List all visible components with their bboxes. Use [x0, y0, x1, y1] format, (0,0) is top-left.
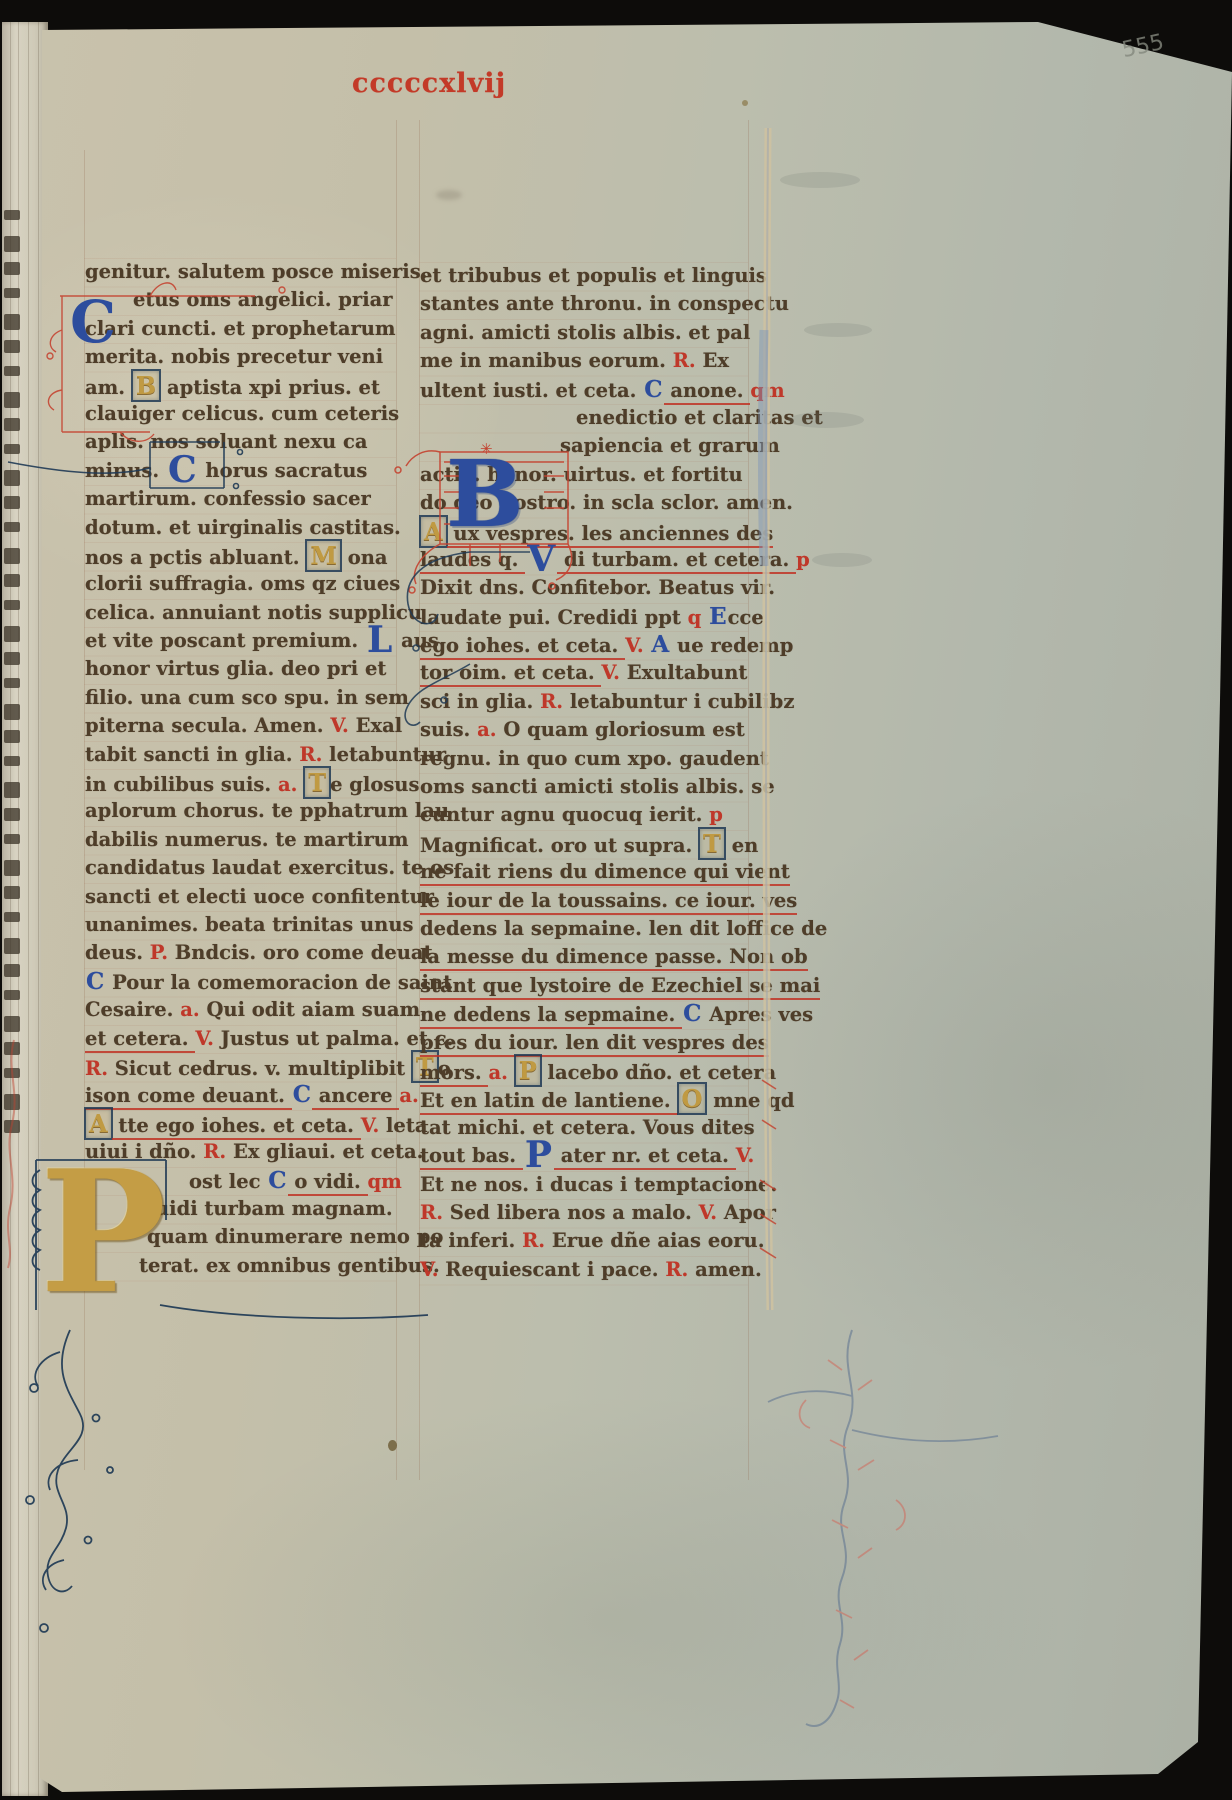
left-text-line: clari cuncti. et prophetarum [85, 315, 397, 343]
text-segment: mors. [420, 1061, 488, 1087]
text-segment: E [708, 603, 728, 630]
left-text-line: et vite poscant premium. L aus [85, 627, 397, 655]
text-segment: Sicut cedrus. v. multiplibit [108, 1057, 412, 1080]
text-segment: Dixit dns. Confitebor. Beatus vir. [420, 576, 775, 599]
page-edge-line [38, 22, 39, 1796]
text-segment: unanimes. beata trinitas unus [85, 913, 413, 936]
facing-page-text-smudge [4, 912, 20, 922]
text-segment: P. [150, 941, 168, 964]
left-text-line: deus. P. Bndcis. oro come deuat. [85, 939, 397, 967]
text-segment: qm [750, 379, 784, 402]
right-text-line: ego iohes. et ceta. V. A ue redemp [420, 631, 750, 659]
text-segment: Requiescant i pace. [439, 1258, 666, 1281]
text-segment: A [421, 517, 446, 546]
text-segment: C [168, 449, 197, 491]
facing-page-text-smudge [4, 314, 20, 330]
text-segment: Exultabunt [620, 661, 748, 684]
text-segment: am. [85, 376, 132, 399]
left-text-line: celica. annuiant notis supplicu [85, 599, 397, 627]
text-segment: V. [420, 1258, 439, 1281]
text-segment: dedens la sepmaine. len dit loffice de [420, 917, 827, 940]
left-text-line: dabilis numerus. te martirum [85, 826, 397, 854]
text-segment: tat michi. et cetera. Vous dites [420, 1116, 755, 1139]
right-text-line: pres du iour. len dit vespres des [420, 1029, 750, 1057]
text-segment: en [725, 834, 758, 857]
left-text-line: honor virtus glia. deo pri et [85, 655, 397, 683]
facing-page-text-smudge [4, 366, 20, 376]
text-segment: ona [341, 546, 388, 569]
text-segment: R. [420, 1201, 443, 1224]
text-segment: nos a pctis abluant. [85, 546, 306, 569]
text-segment: clorii suffragia. oms qz ciues [85, 572, 400, 595]
text-segment: M [307, 541, 340, 570]
text-segment: a. [278, 773, 297, 796]
text-segment: R. [299, 743, 322, 766]
text-segment: stant que lystoire de Ezechiel se mai [420, 974, 820, 1000]
text-segment [508, 1061, 515, 1084]
text-segment: Apres ves [702, 1003, 813, 1026]
text-segment: O [679, 1084, 706, 1113]
facing-page-text-smudge [4, 704, 20, 720]
facing-page-text-smudge [4, 860, 20, 876]
facing-page-text-smudge [4, 418, 20, 431]
facing-page-text-smudge [4, 392, 20, 408]
text-segment: ego iohes. et ceta. [420, 634, 625, 660]
text-segment: cuntur agnu quocuq ierit. [420, 803, 709, 826]
text-segment: minus. [85, 459, 166, 482]
text-segment: L [367, 619, 392, 661]
facing-page-text-smudge [4, 210, 20, 220]
text-segment: o vidi. [288, 1170, 368, 1196]
text-segment: P [516, 1056, 540, 1085]
text-segment: T [305, 768, 329, 797]
right-text-line: Magnificat. oro ut supra. T en [420, 830, 750, 858]
text-segment: cce [728, 606, 764, 629]
left-text-line: aplorum chorus. te pphatrum lau [85, 797, 397, 825]
left-text-line: aplis. nos soluant nexu ca [85, 428, 397, 456]
facing-page-text-smudge [4, 548, 20, 564]
text-segment: R. [665, 1258, 688, 1281]
right-text-line: laudate pui. Credidi ppt q Ecce [420, 603, 750, 631]
text-segment: ison come deuant. [85, 1084, 292, 1110]
left-text-line: martirum. confessio sacer [85, 485, 397, 513]
text-segment: ue redemp [670, 634, 793, 657]
text-segment: ne fait riens du dimence qui vient [420, 860, 790, 886]
left-text-line: ison come deuant. C ancere a. [85, 1081, 397, 1109]
text-segment: ta inferi. [420, 1229, 522, 1252]
text-segment: V. [361, 1114, 380, 1137]
right-text-line: oms sancti amicti stolis albis. se [420, 773, 750, 801]
text-segment: etus oms angelici. priar [133, 288, 393, 311]
facing-page-text-smudge [4, 1068, 20, 1078]
facing-page-text-smudge [4, 1120, 20, 1133]
text-segment: genitur. salutem posce miseris. [85, 260, 427, 283]
text-segment: la messe du dimence passe. Non ob [420, 945, 808, 971]
facing-page-text-smudge [4, 730, 20, 743]
text-segment: dabilis numerus. te martirum [85, 828, 409, 851]
left-text-line: minus. C horus sacratus [85, 457, 397, 485]
left-text-line: am. B aptista xpi prius. et [85, 372, 397, 400]
text-segment: Exal [349, 714, 402, 737]
facing-page-text-smudge [4, 808, 20, 821]
text-segment: Ex [696, 349, 729, 372]
left-text-line: C Pour la comemoracion de saint [85, 968, 397, 996]
right-text-line: dedens la sepmaine. len dit loffice de [420, 915, 750, 943]
facing-page-text-smudge [4, 652, 20, 665]
text-segment: V. [330, 714, 349, 737]
text-segment: Justus ut palma. et c. [214, 1027, 453, 1050]
text-segment: Qui odit aiam suam. [200, 998, 427, 1021]
text-segment: tout bas. [420, 1144, 523, 1170]
text-segment: ultent iusti. et ceta. [420, 379, 643, 402]
text-segment: Magnificat. oro ut supra. [420, 834, 699, 857]
facing-page-text-smudge [4, 834, 20, 844]
text-segment: aplis. nos soluant nexu ca [85, 430, 367, 453]
text-segment: a. [399, 1084, 418, 1107]
right-text-column: et tribubus et populis et linguisstantes… [420, 262, 750, 1284]
text-segment: C [267, 1167, 287, 1194]
text-segment: uidi turbam magnam. [155, 1197, 393, 1220]
text-segment: Et ne nos. i ducas i temptacione. [420, 1173, 777, 1196]
text-segment: V. [195, 1027, 214, 1050]
text-segment: horus sacratus [199, 459, 368, 482]
stain [388, 1440, 397, 1451]
text-segment: quam dinumerare nemo po [147, 1225, 443, 1248]
left-text-line: piterna secula. Amen. V. Exal [85, 712, 397, 740]
right-text-line: laudes q. V di turbam. et cetera. p [420, 546, 750, 574]
facing-page-text-smudge [4, 938, 20, 954]
left-text-line: R. Sicut cedrus. v. multiplibit To [85, 1053, 397, 1081]
facing-page-text-smudge [4, 496, 20, 509]
left-text-line: clauiger celicus. cum ceteris [85, 400, 397, 428]
text-segment: amen. [688, 1258, 761, 1281]
text-segment: laudes q. [420, 548, 525, 574]
facing-page-text-smudge [4, 600, 20, 610]
facing-page-text-smudge [4, 522, 20, 532]
facing-page-text-smudge [4, 782, 20, 798]
text-segment: T [700, 829, 724, 858]
text-segment: regnu. in quo cum xpo. gaudent [420, 747, 769, 770]
text-segment: ne dedens la sepmaine. [420, 1003, 682, 1029]
text-segment: stantes ante thronu. in conspectu [420, 292, 789, 315]
text-segment: anone. [664, 379, 751, 405]
text-segment: tabit sancti in glia. [85, 743, 299, 766]
right-text-line: et tribubus et populis et linguis [420, 262, 750, 290]
text-segment: ater nr. et ceta. [554, 1144, 736, 1170]
right-text-line: enedictio et claritas et [420, 404, 750, 432]
text-segment: martirum. confessio sacer [85, 487, 371, 510]
text-segment: Sed libera nos a malo. [443, 1201, 699, 1224]
right-text-line: stantes ante thronu. in conspectu [420, 290, 750, 318]
right-text-line: agni. amicti stolis albis. et pal [420, 319, 750, 347]
text-segment: Erue dñe aias eoru. [545, 1229, 764, 1252]
right-text-line: suis. a. O quam gloriosum est [420, 716, 750, 744]
manuscript-photo: { "page": { "folio_header": "cccccxlvij"… [0, 0, 1232, 1800]
left-text-line: merita. nobis precetur veni [85, 343, 397, 371]
facing-page-text-smudge [4, 262, 20, 275]
text-segment: R. [522, 1229, 545, 1252]
facing-page-text-smudge [4, 990, 20, 1000]
text-segment: e glosus [330, 773, 419, 796]
facing-page-text-smudge [4, 470, 20, 486]
facing-page-text-smudge [4, 964, 20, 977]
left-text-line: in cubilibus suis. a. Te glosus [85, 769, 397, 797]
facing-page-text-smudge [4, 340, 20, 353]
right-text-line: Dixit dns. Confitebor. Beatus vir. [420, 574, 750, 602]
text-segment: B [133, 371, 159, 400]
text-segment: agni. amicti stolis albis. et pal [420, 321, 750, 344]
text-segment: letabuntur i cubilibz [563, 690, 794, 713]
text-segment: suis. [420, 718, 477, 741]
right-text-line: ne dedens la sepmaine. C Apres ves [420, 1000, 750, 1028]
text-segment: C [292, 1081, 312, 1108]
text-segment: sancti et electi uoce confitentur [85, 885, 434, 908]
left-text-line: candidatus laudat exercitus. te os [85, 854, 397, 882]
text-segment: aptista xpi prius. et [160, 376, 380, 399]
text-segment: a. [488, 1061, 507, 1084]
left-text-line: genitur. salutem posce miseris. [85, 258, 397, 286]
right-text-line: regnu. in quo cum xpo. gaudent [420, 745, 750, 773]
text-segment: piterna secula. Amen. [85, 714, 330, 737]
right-text-line: tout bas. P ater nr. et ceta. V. [420, 1142, 750, 1170]
text-segment: R. [203, 1140, 226, 1163]
stain [436, 190, 462, 200]
text-segment: p [709, 803, 723, 826]
left-text-line: etus oms angelici. priar [85, 286, 397, 314]
text-segment: me in manibus eorum. [420, 349, 673, 372]
facing-page-text-smudge [4, 288, 20, 298]
text-segment: Apor [717, 1201, 776, 1224]
text-segment: V. [699, 1201, 718, 1224]
left-text-line: dotum. et uirginalis castitas. [85, 514, 397, 542]
stain [742, 100, 748, 106]
folio-number-rubric: cccccxlvij [352, 68, 506, 99]
text-segment: V. [625, 634, 644, 657]
text-segment: di turbam. et cetera. [557, 548, 796, 574]
text-segment: Pour la comemoracion de saint [105, 971, 452, 994]
left-text-line: et cetera. V. Justus ut palma. et c. [85, 1025, 397, 1053]
right-text-line: la messe du dimence passe. Non ob [420, 943, 750, 971]
text-segment: clauiger celicus. cum ceteris [85, 402, 399, 425]
text-segment: C [643, 376, 663, 403]
facing-page-text-smudge [4, 1016, 20, 1032]
right-text-line: mors. a. P lacebo dño. et cetera [420, 1057, 750, 1085]
left-text-line: clorii suffragia. oms qz ciues [85, 570, 397, 598]
text-segment: enedictio et claritas et [576, 406, 823, 429]
text-segment: lacebo dño. et cetera [541, 1061, 776, 1084]
left-text-column: genitur. salutem posce miseris.etus oms … [85, 258, 397, 1280]
text-segment: laudate pui. Credidi ppt [420, 606, 688, 629]
text-segment: p [796, 548, 810, 571]
text-segment [297, 773, 304, 796]
text-segment: O quam gloriosum est [497, 718, 745, 741]
text-segment: et tribubus et populis et linguis [420, 264, 767, 287]
text-segment: aplorum chorus. te pphatrum lau [85, 799, 449, 822]
text-segment: mne qd [706, 1089, 794, 1112]
right-text-line: ultent iusti. et ceta. C anone. qm [420, 376, 750, 404]
facing-page-text-smudge [4, 756, 20, 766]
facing-page-text-smudge [4, 886, 20, 899]
facing-page-text-smudge [4, 1042, 20, 1055]
text-segment: terat. ex omnibus gentibus. [139, 1254, 440, 1277]
text-segment: V. [601, 661, 620, 684]
text-segment: le iour de la toussains. ce iour. ves [420, 889, 797, 915]
right-text-line: tat michi. et cetera. Vous dites [420, 1114, 750, 1142]
page-edge-line [28, 22, 29, 1796]
text-segment: deus. [85, 941, 150, 964]
text-segment: ancere [312, 1084, 399, 1110]
right-text-line: Et ne nos. i ducas i temptacione. [420, 1171, 750, 1199]
text-segment: V. [736, 1144, 755, 1167]
text-segment: tor oim. et ceta. [420, 661, 601, 687]
right-text-line: stant que lystoire de Ezechiel se mai [420, 972, 750, 1000]
text-segment: merita. nobis precetur veni [85, 345, 383, 368]
facing-page-text-smudge [4, 444, 20, 454]
text-segment: candidatus laudat exercitus. te os [85, 856, 454, 879]
text-segment: qm [368, 1170, 402, 1193]
facing-page-text-smudge [4, 1094, 20, 1110]
text-segment: P [525, 1134, 552, 1176]
left-text-line: Cesaire. a. Qui odit aiam suam. [85, 996, 397, 1024]
facing-page-text-smudge [4, 236, 20, 252]
text-segment: filio. una cum sco spu. in sem [85, 686, 409, 709]
text-segment: honor virtus glia. deo pri et [85, 657, 386, 680]
text-segment: V [527, 538, 555, 580]
left-text-line: filio. una cum sco spu. in sem [85, 684, 397, 712]
right-text-line: sci in glia. R. letabuntur i cubilibz [420, 688, 750, 716]
text-segment: sapiencia et grarum [560, 434, 780, 457]
right-text-line: ta inferi. R. Erue dñe aias eoru. [420, 1227, 750, 1255]
text-segment: clari cuncti. et prophetarum [85, 317, 396, 340]
facing-page-text-smudge [4, 626, 20, 642]
text-segment: q [688, 606, 702, 629]
text-segment: in cubilibus suis. [85, 773, 278, 796]
right-text-line: le iour de la toussains. ce iour. ves [420, 887, 750, 915]
text-segment: oms sancti amicti stolis albis. se [420, 775, 775, 798]
right-text-line: ne fait riens du dimence qui vient [420, 858, 750, 886]
left-text-line: tabit sancti in glia. R. letabuntur [85, 741, 397, 769]
right-text-line: cuntur agnu quocuq ierit. p [420, 801, 750, 829]
text-segment: et cetera. [85, 1027, 195, 1053]
text-segment: a. [477, 718, 496, 741]
text-segment: sci in glia. [420, 690, 540, 713]
left-text-line: nos a pctis abluant. M ona [85, 542, 397, 570]
text-segment: ost lec [189, 1170, 267, 1193]
text-segment: a. [180, 998, 199, 1021]
text-segment: C [85, 968, 105, 995]
text-segment: pres du iour. len dit vespres des [420, 1031, 769, 1057]
text-segment: et vite poscant premium. [85, 629, 365, 652]
text-segment: C [682, 1000, 702, 1027]
text-segment: Cesaire. [85, 998, 180, 1021]
text-segment: Bndcis. oro come deuat. [168, 941, 439, 964]
facing-page-text-smudge [4, 678, 20, 688]
illuminated-initial-p: P [40, 1148, 166, 1316]
text-segment: A [650, 631, 670, 658]
left-text-line: unanimes. beata trinitas unus [85, 911, 397, 939]
right-text-line: V. Requiescant i pace. R. amen. [420, 1256, 750, 1284]
right-text-line: tor oim. et ceta. V. Exultabunt [420, 659, 750, 687]
right-text-line: me in manibus eorum. R. Ex [420, 347, 750, 375]
text-segment: dotum. et uirginalis castitas. [85, 516, 401, 539]
text-segment: R. [85, 1057, 108, 1080]
facing-page-text-smudge [4, 574, 20, 587]
left-text-line: sancti et electi uoce confitentur [85, 883, 397, 911]
right-text-line: R. Sed libera nos a malo. V. Apor [420, 1199, 750, 1227]
right-text-line: Et en latin de lantiene. O mne qd [420, 1085, 750, 1113]
text-segment: Ex gliaui. et ceta. [226, 1140, 423, 1163]
text-segment: R. [540, 690, 563, 713]
illuminated-initial-b: B [446, 448, 524, 540]
text-segment: R. [673, 349, 696, 372]
text-segment: Et en latin de lantiene. [420, 1089, 678, 1115]
